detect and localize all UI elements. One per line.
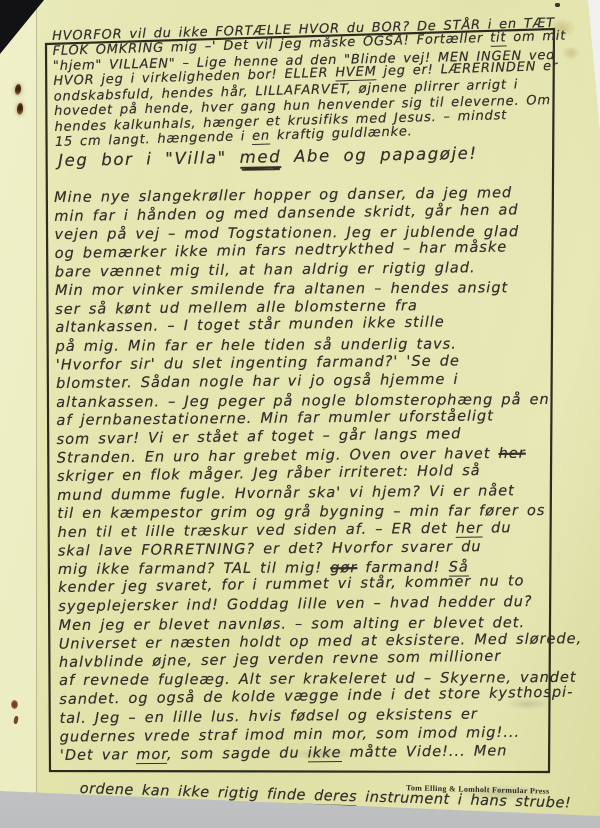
handwritten-line: Min mor vinker smilende fra altanen – he… [55, 279, 560, 301]
handwritten-paragraph-body: Mine nye slangekrøller hopper og danser,… [54, 184, 565, 766]
handwritten-paragraph-intro: HVORFOR vil du ikke FORTÆLLE HVOR du BOR… [52, 16, 567, 150]
handwritten-line: altankassen. – Jeg peger på nogle blomst… [56, 390, 561, 412]
scan-background: HVORFOR vil du ikke FORTÆLLE HVOR du BOR… [0, 0, 600, 828]
paper-sheet: HVORFOR vil du ikke FORTÆLLE HVOR du BOR… [0, 0, 600, 828]
handwritten-line: til en kæmpestor grim og grå bygning – m… [57, 502, 562, 524]
